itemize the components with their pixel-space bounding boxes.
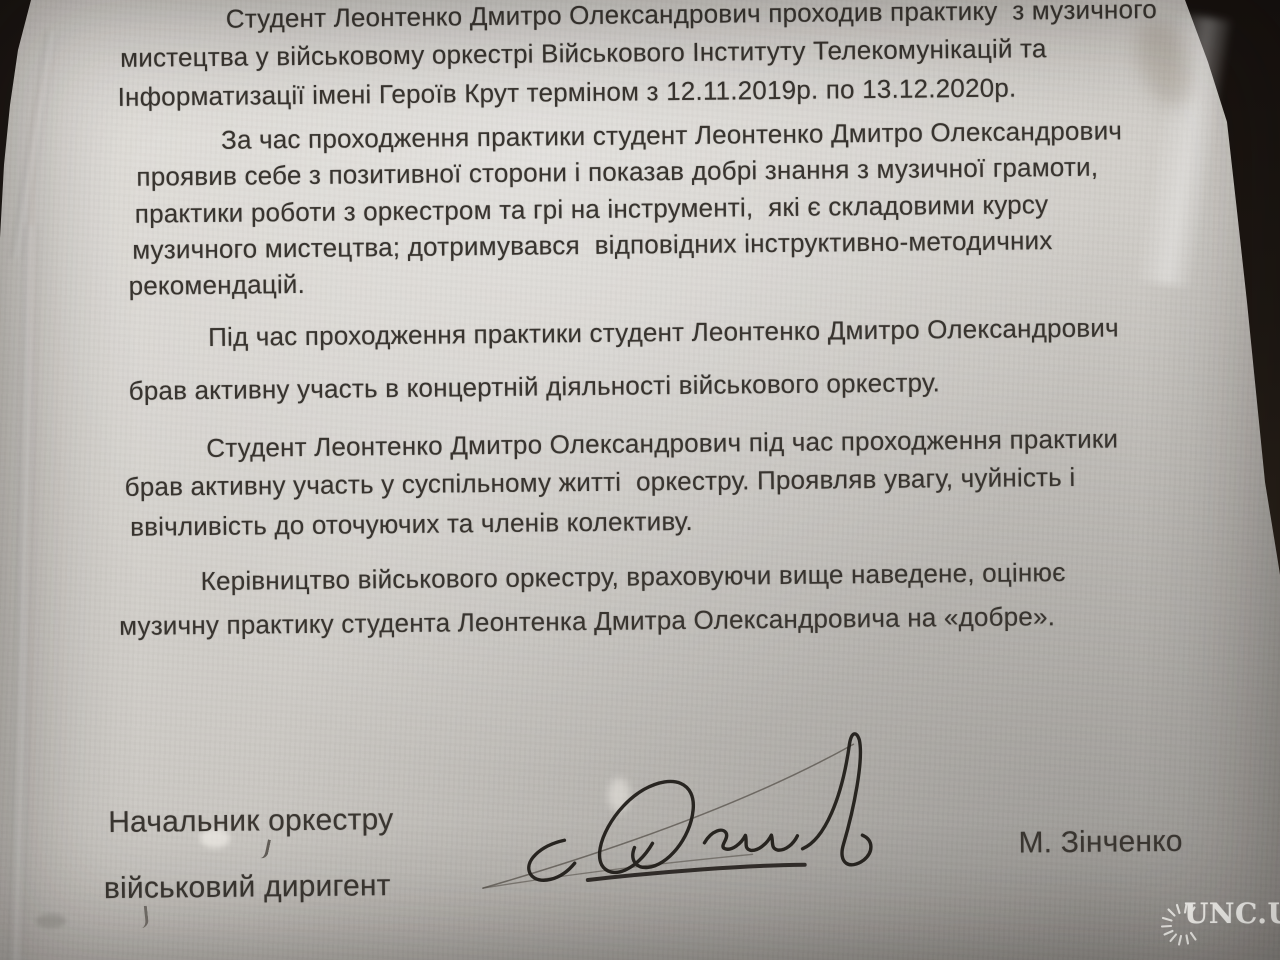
document-line: Керівництво військового оркестру, врахов…	[201, 557, 1066, 597]
signature-ink	[423, 681, 985, 927]
paragraph: Студент Леонтенко Дмитро Олександрович п…	[0, 0, 1276, 1]
watermark-text: UNC.UA	[1184, 900, 1280, 928]
document-line: брав активну участь у суспільному житті …	[125, 462, 1076, 503]
document-line: Інформатизації імені Героїв Крут терміно…	[117, 72, 1016, 112]
document-line: музичну практику студента Леонтенка Дмит…	[119, 601, 1055, 642]
printed-text-layer: Студент Леонтенко Дмитро Олександрович п…	[0, 0, 1280, 960]
document-line: Студент Леонтенко Дмитро Олександрович п…	[206, 423, 1118, 464]
document-line: брав активну участь в концертній діяльно…	[129, 367, 941, 406]
document-line: Студент Леонтенко Дмитро Олександрович п…	[226, 0, 1157, 35]
signer-title-line1: Начальник оркестру	[108, 803, 393, 840]
signer-title-line2: військовий диригент	[104, 869, 391, 906]
document-line: ввічливість до оточуючих та членів колек…	[130, 506, 693, 543]
document-line: рекомендацій.	[128, 269, 305, 302]
document-line: За час проходження практики студент Леон…	[221, 115, 1122, 155]
watermark: UNC.UA	[1138, 893, 1280, 955]
document-line: музичного мистецтва; дотримувався відпов…	[132, 225, 1053, 266]
document-line: проявив себе з позитивної сторони і пока…	[136, 152, 1098, 193]
document-line: практики роботи з оркестром та грі на ін…	[135, 189, 1049, 230]
signer-name: М. Зінченко	[1018, 825, 1183, 861]
document-line: мистецтва у військовому оркестрі Військо…	[120, 33, 1047, 74]
document-photo: Студент Леонтенко Дмитро Олександрович п…	[0, 0, 1280, 960]
document-line: Під час проходження практики студент Лео…	[208, 312, 1119, 353]
